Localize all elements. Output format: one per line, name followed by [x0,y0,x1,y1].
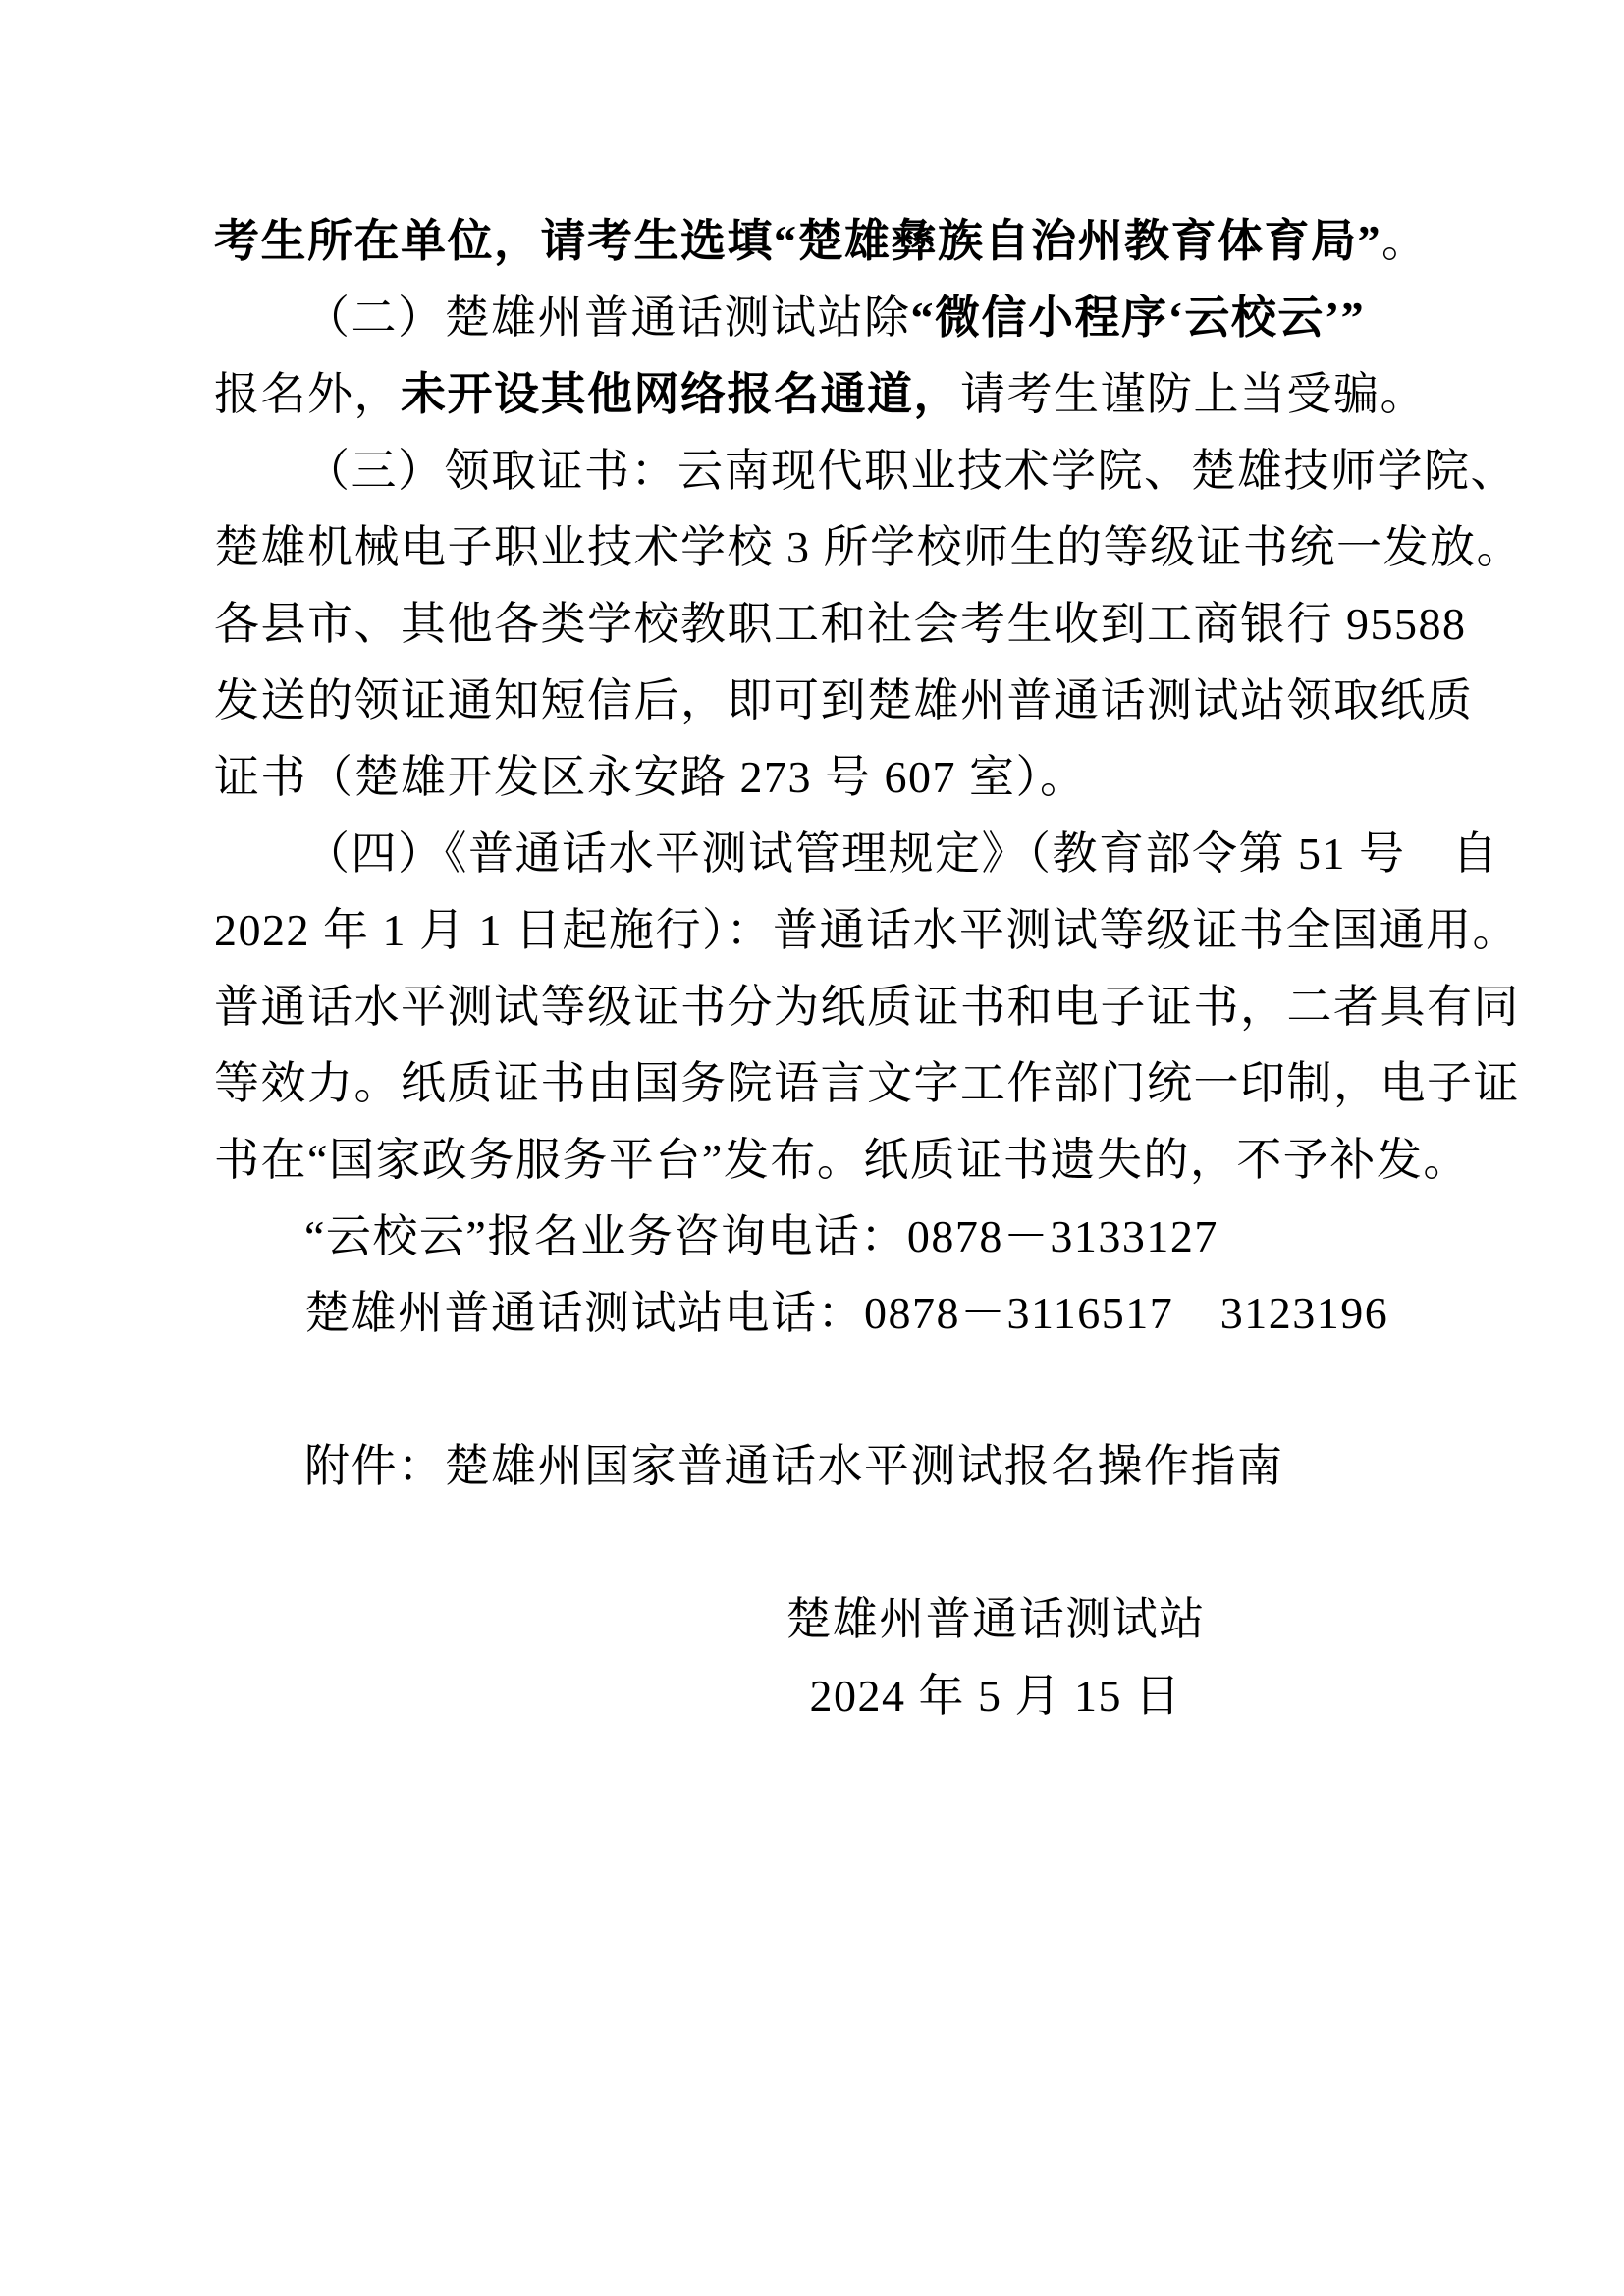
phone-line-yunxiaoyun: “云校云”报名业务咨询电话：0878－3133127 [214,1199,1481,1275]
text-line: 2022 年 1 月 1 日起施行）：普通话水平测试等级证书全国通用。 [214,892,1481,969]
page-body: { "page": { "width": 1654, "height": 233… [0,0,1624,2296]
text-segment: 楚雄州普通话测试站电话：0878－3116517 3123196 [304,1288,1388,1338]
text-line: 等效力。纸质证书由国务院语言文字工作部门统一印制，电子证 [214,1045,1481,1122]
bold-text-segment: 考生所在单位，请考生选填“楚雄彝族自治州教育体育局” [214,216,1381,266]
text-segment: 附件：楚雄州国家普通话水平测试报名操作指南 [304,1441,1284,1491]
phone-line-test-station: 楚雄州普通话测试站电话：0878－3116517 3123196 [214,1275,1481,1352]
text-line: 各县市、其他各类学校教职工和社会考生收到工商银行 95588 [214,586,1481,663]
text-line: 发送的领证通知短信后，即可到楚雄州普通话测试站领取纸质 [214,663,1481,739]
text-segment: “云校云”报名业务咨询电话：0878－3133127 [304,1211,1218,1261]
text-segment: 等效力。纸质证书由国务院语言文字工作部门统一印制，电子证 [214,1058,1520,1108]
text-line-item-4: （四）《普通话水平测试管理规定》（教育部令第 51 号 自 [214,816,1481,892]
text-line: 书在“国家政务服务平台”发布。纸质证书遗失的，不予补发。 [214,1122,1481,1199]
text-segment: 证书（楚雄开发区永安路 273 号 607 室）。 [214,752,1087,802]
blank-line [214,1352,1481,1428]
text-line-continuation: 考生所在单位，请考生选填“楚雄彝族自治州教育体育局”。 [214,203,1481,280]
document-content: 考生所在单位，请考生选填“楚雄彝族自治州教育体育局”。（二）楚雄州普通话测试站除… [214,203,1481,1735]
text-segment: （三）领取证书：云南现代职业技术学院、楚雄技师学院、 [304,446,1517,496]
text-segment: （二）楚雄州普通话测试站除 [304,293,911,343]
text-segment: 。 [1381,216,1429,266]
text-segment: 报名外， [214,369,401,419]
text-line: 报名外，未开设其他网络报名通道，请考生谨防上当受骗。 [214,356,1481,433]
text-line: 普通话水平测试等级证书分为纸质证书和电子证书，二者具有同 [214,969,1481,1045]
text-segment: 各县市、其他各类学校教职工和社会考生收到工商银行 95588 [214,599,1467,649]
text-line: 楚雄机械电子职业技术学校 3 所学校师生的等级证书统一发放。 [214,509,1481,586]
text-segment: 请考生谨防上当受骗。 [960,369,1427,419]
text-line: 证书（楚雄开发区永安路 273 号 607 室）。 [214,739,1481,816]
bold-text-segment: 未开设其他网络报名通道， [401,369,960,419]
text-segment: 发送的领证通知短信后，即可到楚雄州普通话测试站领取纸质 [214,675,1474,725]
text-line-item-2: （二）楚雄州普通话测试站除“微信小程序‘云校云’” [214,280,1481,356]
text-segment: 普通话水平测试等级证书分为纸质证书和电子证书，二者具有同 [214,982,1520,1032]
attachment-line: 附件：楚雄州国家普通话水平测试报名操作指南 [214,1428,1481,1505]
bold-text-segment: “微信小程序‘云校云’” [911,293,1366,343]
text-line-item-3: （三）领取证书：云南现代职业技术学院、楚雄技师学院、 [214,433,1481,509]
document-page: 考生所在单位，请考生选填“楚雄彝族自治州教育体育局”。（二）楚雄州普通话测试站除… [0,0,1624,2296]
blank-line [214,1505,1481,1581]
text-segment: 2024 年 5 月 15 日 [810,1671,1182,1721]
text-segment: 书在“国家政务服务平台”发布。纸质证书遗失的，不予补发。 [214,1135,1470,1185]
text-segment: 2022 年 1 月 1 日起施行）：普通话水平测试等级证书全国通用。 [214,905,1519,955]
text-segment: 楚雄机械电子职业技术学校 3 所学校师生的等级证书统一发放。 [214,522,1523,572]
signature-date-line: 2024 年 5 月 15 日 [750,1658,1241,1735]
text-segment: （四）《普通话水平测试管理规定》（教育部令第 51 号 自 [304,828,1499,879]
text-segment: 楚雄州普通话测试站 [785,1594,1206,1644]
signature-org-line: 楚雄州普通话测试站 [750,1581,1241,1658]
